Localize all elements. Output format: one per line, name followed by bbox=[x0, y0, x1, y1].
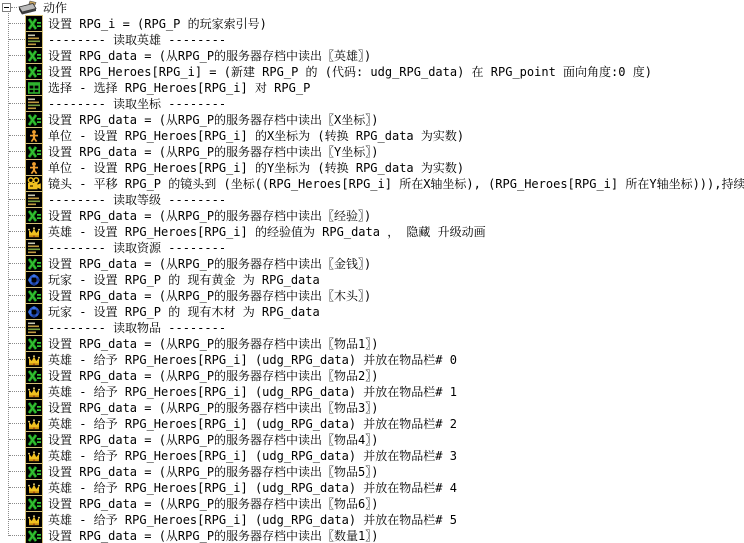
tree-connector bbox=[9, 39, 25, 40]
tree-connector bbox=[9, 455, 25, 456]
tree-connector bbox=[9, 167, 25, 168]
action-row[interactable]: 英雄 - 给予 RPG_Heroes[RPG_i] (udg_RPG_data)… bbox=[0, 480, 744, 496]
action-text: 英雄 - 给予 RPG_Heroes[RPG_i] (udg_RPG_data)… bbox=[48, 480, 457, 496]
action-row[interactable]: 英雄 - 给予 RPG_Heroes[RPG_i] (udg_RPG_data)… bbox=[0, 352, 744, 368]
action-text: 设置 RPG_data = (从RPG_P的服务器存档中读出〖物品4〗) bbox=[48, 432, 379, 448]
action-text: 英雄 - 给予 RPG_Heroes[RPG_i] (udg_RPG_data)… bbox=[48, 448, 457, 464]
action-row[interactable]: 单位 - 设置 RPG_Heroes[RPG_i] 的Y坐标为 (转换 RPG_… bbox=[0, 160, 744, 176]
action-text: 设置 RPG_data = (从RPG_P的服务器存档中读出〖物品3〗) bbox=[48, 400, 379, 416]
action-row[interactable]: 设置 RPG_data = (从RPG_P的服务器存档中读出〖X坐标〗) bbox=[0, 112, 744, 128]
collapse-toggle[interactable] bbox=[2, 3, 11, 12]
action-row[interactable]: 设置 RPG_Heroes[RPG_i] = (新建 RPG_P 的 (代码: … bbox=[0, 64, 744, 80]
tree-connector bbox=[9, 391, 25, 392]
action-text: 玩家 - 设置 RPG_P 的 现有黄金 为 RPG_data bbox=[48, 272, 320, 288]
tree-connector bbox=[9, 231, 25, 232]
action-rows-container: 设置 RPG_i = (RPG_P 的玩家索引号) -------- 读取英雄 … bbox=[0, 16, 744, 543]
action-row[interactable]: 玩家 - 设置 RPG_P 的 现有黄金 为 RPG_data bbox=[0, 272, 744, 288]
action-row[interactable]: 设置 RPG_data = (从RPG_P的服务器存档中读出〖数量1〗) bbox=[0, 528, 744, 543]
tree-connector bbox=[9, 375, 25, 376]
action-text: 设置 RPG_data = (从RPG_P的服务器存档中读出〖英雄〗) bbox=[48, 48, 371, 64]
tree-connector bbox=[9, 183, 25, 184]
action-text: -------- 读取物品 -------- bbox=[48, 320, 226, 336]
action-text: 设置 RPG_data = (从RPG_P的服务器存档中读出〖金钱〗) bbox=[48, 256, 371, 272]
action-text: 选择 - 选择 RPG_Heroes[RPG_i] 对 RPG_P bbox=[48, 80, 310, 96]
action-text: 玩家 - 设置 RPG_P 的 现有木材 为 RPG_data bbox=[48, 304, 320, 320]
tree-connector bbox=[9, 87, 25, 88]
action-row[interactable]: -------- 读取资源 -------- bbox=[0, 240, 744, 256]
minus-glyph bbox=[4, 7, 9, 8]
tree-connector bbox=[9, 199, 25, 200]
action-text: 设置 RPG_data = (从RPG_P的服务器存档中读出〖X坐标〗) bbox=[48, 112, 379, 128]
action-row[interactable]: 英雄 - 给予 RPG_Heroes[RPG_i] (udg_RPG_data)… bbox=[0, 448, 744, 464]
tree-connector bbox=[9, 55, 25, 56]
action-text: -------- 读取英雄 -------- bbox=[48, 32, 226, 48]
tree-connector bbox=[9, 359, 25, 360]
action-row[interactable]: 设置 RPG_i = (RPG_P 的玩家索引号) bbox=[0, 16, 744, 32]
action-row[interactable]: 选择 - 选择 RPG_Heroes[RPG_i] 对 RPG_P bbox=[0, 80, 744, 96]
action-text: 设置 RPG_data = (从RPG_P的服务器存档中读出〖物品1〗) bbox=[48, 336, 379, 352]
action-row[interactable]: 英雄 - 给予 RPG_Heroes[RPG_i] (udg_RPG_data)… bbox=[0, 416, 744, 432]
action-row[interactable]: 英雄 - 设置 RPG_Heroes[RPG_i] 的经验值为 RPG_data… bbox=[0, 224, 744, 240]
actions-icon bbox=[17, 0, 39, 16]
action-row[interactable]: 设置 RPG_data = (从RPG_P的服务器存档中读出〖物品4〗) bbox=[0, 432, 744, 448]
action-row[interactable]: 设置 RPG_data = (从RPG_P的服务器存档中读出〖物品2〗) bbox=[0, 368, 744, 384]
tree-connector bbox=[9, 215, 25, 216]
tree-connector bbox=[9, 23, 25, 24]
action-text: 设置 RPG_data = (从RPG_P的服务器存档中读出〖数量1〗) bbox=[48, 528, 379, 543]
action-row[interactable]: 设置 RPG_data = (从RPG_P的服务器存档中读出〖Y坐标〗) bbox=[0, 144, 744, 160]
tree-connector bbox=[9, 71, 25, 72]
tree-connector bbox=[9, 503, 25, 504]
action-row[interactable]: 设置 RPG_data = (从RPG_P的服务器存档中读出〖物品1〗) bbox=[0, 336, 744, 352]
action-text: 设置 RPG_data = (从RPG_P的服务器存档中读出〖物品6〗) bbox=[48, 496, 379, 512]
tree-connector bbox=[9, 519, 25, 520]
tree-connector bbox=[9, 343, 25, 344]
tree-connector bbox=[9, 103, 25, 104]
action-text: 设置 RPG_Heroes[RPG_i] = (新建 RPG_P 的 (代码: … bbox=[48, 64, 652, 80]
action-row[interactable]: 玩家 - 设置 RPG_P 的 现有木材 为 RPG_data bbox=[0, 304, 744, 320]
action-text: 设置 RPG_data = (从RPG_P的服务器存档中读出〖物品5〗) bbox=[48, 464, 379, 480]
action-row[interactable]: 设置 RPG_data = (从RPG_P的服务器存档中读出〖木头〗) bbox=[0, 288, 744, 304]
action-text: 单位 - 设置 RPG_Heroes[RPG_i] 的Y坐标为 (转换 RPG_… bbox=[48, 160, 464, 176]
action-row[interactable]: 设置 RPG_data = (从RPG_P的服务器存档中读出〖英雄〗) bbox=[0, 48, 744, 64]
action-row[interactable]: 设置 RPG_data = (从RPG_P的服务器存档中读出〖经验〗) bbox=[0, 208, 744, 224]
tree-connector bbox=[9, 535, 25, 536]
action-text: -------- 读取坐标 -------- bbox=[48, 96, 226, 112]
action-text: 英雄 - 给予 RPG_Heroes[RPG_i] (udg_RPG_data)… bbox=[48, 352, 457, 368]
actions-root-label: 动作 bbox=[43, 0, 67, 16]
action-text: 英雄 - 给予 RPG_Heroes[RPG_i] (udg_RPG_data)… bbox=[48, 384, 457, 400]
tree-connector bbox=[9, 327, 25, 328]
set-variable-icon bbox=[25, 527, 43, 543]
action-text: 设置 RPG_data = (从RPG_P的服务器存档中读出〖物品2〗) bbox=[48, 368, 379, 384]
tree-connector bbox=[9, 407, 25, 408]
action-text: 英雄 - 设置 RPG_Heroes[RPG_i] 的经验值为 RPG_data… bbox=[48, 224, 486, 240]
action-text: 英雄 - 给予 RPG_Heroes[RPG_i] (udg_RPG_data)… bbox=[48, 416, 457, 432]
tree-connector bbox=[9, 151, 25, 152]
action-row[interactable]: -------- 读取物品 -------- bbox=[0, 320, 744, 336]
action-row[interactable]: 设置 RPG_data = (从RPG_P的服务器存档中读出〖物品5〗) bbox=[0, 464, 744, 480]
action-row[interactable]: 镜头 - 平移 RPG_P 的镜头到 (坐标((RPG_Heroes[RPG_i… bbox=[0, 176, 744, 192]
action-text: 镜头 - 平移 RPG_P 的镜头到 (坐标((RPG_Heroes[RPG_i… bbox=[48, 176, 744, 192]
action-row[interactable]: -------- 读取等级 -------- bbox=[0, 192, 744, 208]
action-text: 单位 - 设置 RPG_Heroes[RPG_i] 的X坐标为 (转换 RPG_… bbox=[48, 128, 464, 144]
action-row[interactable]: 单位 - 设置 RPG_Heroes[RPG_i] 的X坐标为 (转换 RPG_… bbox=[0, 128, 744, 144]
tree-connector bbox=[9, 263, 25, 264]
tree-connector bbox=[9, 487, 25, 488]
tree-connector bbox=[9, 279, 25, 280]
tree-connector bbox=[9, 439, 25, 440]
actions-root-row[interactable]: 动作 bbox=[0, 0, 744, 16]
action-text: 英雄 - 给予 RPG_Heroes[RPG_i] (udg_RPG_data)… bbox=[48, 512, 457, 528]
action-row[interactable]: -------- 读取英雄 -------- bbox=[0, 32, 744, 48]
tree-connector bbox=[9, 423, 25, 424]
tree-connector bbox=[9, 311, 25, 312]
tree-connector bbox=[9, 295, 25, 296]
action-row[interactable]: 设置 RPG_data = (从RPG_P的服务器存档中读出〖物品6〗) bbox=[0, 496, 744, 512]
tree-connector bbox=[9, 119, 25, 120]
action-text: -------- 读取资源 -------- bbox=[48, 240, 226, 256]
action-row[interactable]: 设置 RPG_data = (从RPG_P的服务器存档中读出〖金钱〗) bbox=[0, 256, 744, 272]
action-row[interactable]: 设置 RPG_data = (从RPG_P的服务器存档中读出〖物品3〗) bbox=[0, 400, 744, 416]
action-text: 设置 RPG_data = (从RPG_P的服务器存档中读出〖Y坐标〗) bbox=[48, 144, 379, 160]
action-row[interactable]: -------- 读取坐标 -------- bbox=[0, 96, 744, 112]
action-text: -------- 读取等级 -------- bbox=[48, 192, 226, 208]
action-row[interactable]: 英雄 - 给予 RPG_Heroes[RPG_i] (udg_RPG_data)… bbox=[0, 512, 744, 528]
action-text: 设置 RPG_i = (RPG_P 的玩家索引号) bbox=[48, 16, 267, 32]
action-row[interactable]: 英雄 - 给予 RPG_Heroes[RPG_i] (udg_RPG_data)… bbox=[0, 384, 744, 400]
tree-connector bbox=[11, 7, 17, 8]
tree-connector bbox=[9, 135, 25, 136]
action-text: 设置 RPG_data = (从RPG_P的服务器存档中读出〖经验〗) bbox=[48, 208, 371, 224]
action-text: 设置 RPG_data = (从RPG_P的服务器存档中读出〖木头〗) bbox=[48, 288, 371, 304]
tree-connector bbox=[9, 471, 25, 472]
tree-connector bbox=[9, 247, 25, 248]
trigger-actions-tree: 动作 设置 RPG_i = (RPG_P 的玩家索引号) -------- 读取… bbox=[0, 0, 744, 543]
